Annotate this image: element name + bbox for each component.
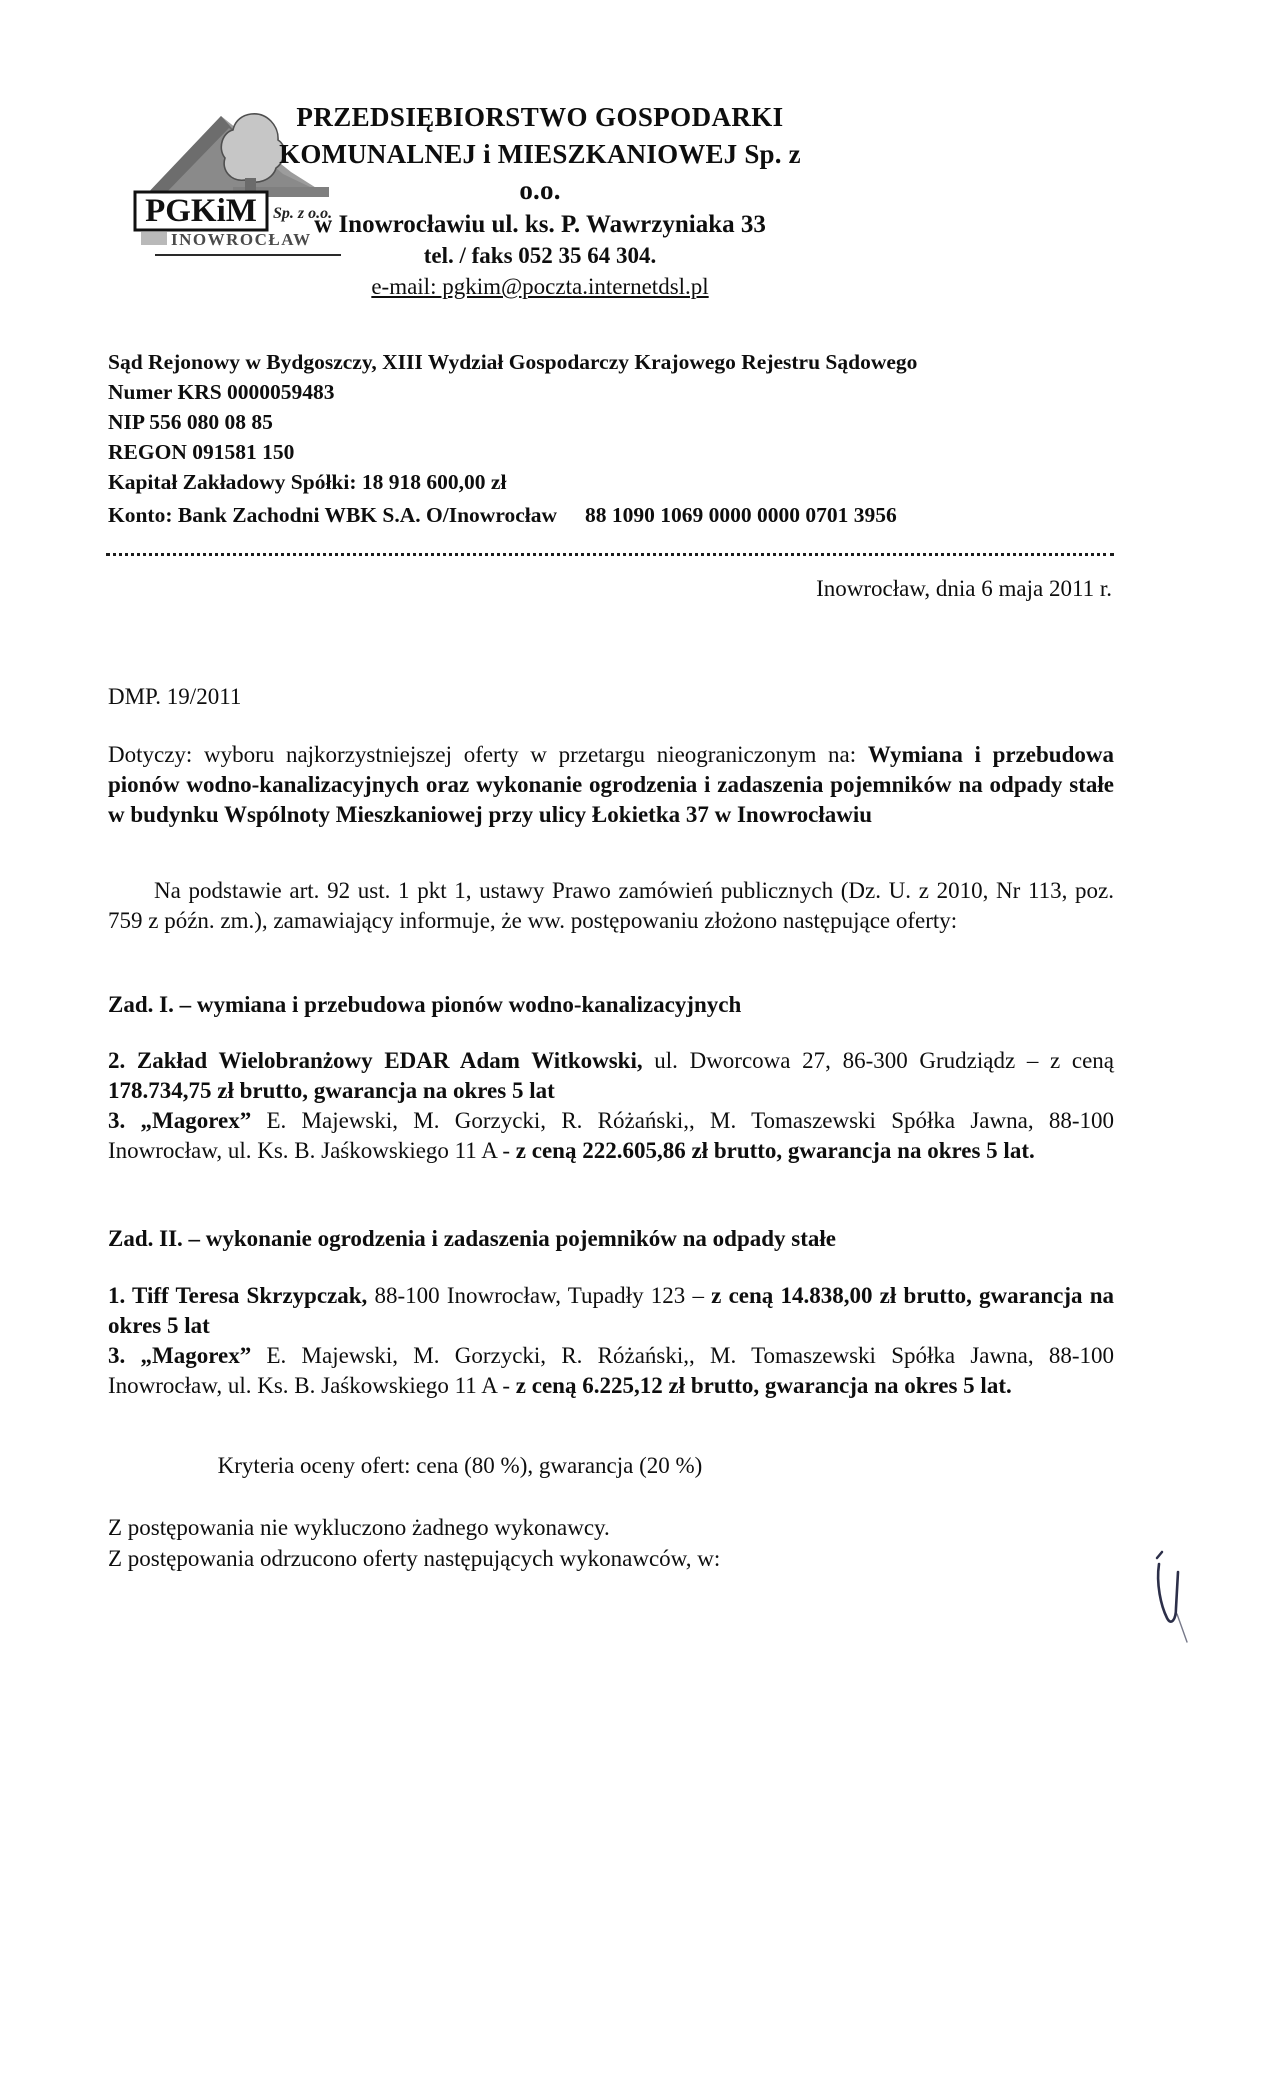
reference-number: DMP. 19/2011 [108, 684, 241, 710]
task1-offers: 2. Zakład Wielobranżowy EDAR Adam Witkow… [108, 1046, 1114, 1166]
registration-block: Sąd Rejonowy w Bydgoszczy, XIII Wydział … [108, 347, 1118, 530]
company-address: w Inowrocławiu ul. ks. P. Wawrzyniaka 33 [260, 208, 820, 241]
court-register-line: Sąd Rejonowy w Bydgoszczy, XIII Wydział … [108, 347, 1118, 377]
date-line: Inowrocław, dnia 6 maja 2011 r. [108, 576, 1112, 602]
regon-number-line: REGON 091581 150 [108, 437, 1118, 467]
pen-stroke-icon [1150, 1548, 1198, 1648]
offer-entry: 2. Zakład Wielobranżowy EDAR Adam Witkow… [108, 1046, 1114, 1106]
offer-bidder: 3. „Magorex” [108, 1343, 251, 1368]
offer-entry: 3. „Magorex” E. Majewski, M. Gorzycki, R… [108, 1106, 1114, 1166]
subject-prefix: Dotyczy: wyboru najkorzystniejszej ofert… [108, 742, 868, 767]
company-name-line2: KOMUNALNEJ i MIESZKANIOWEJ Sp. z o.o. [260, 136, 820, 208]
logo-acronym-text: PGKiM [145, 193, 257, 229]
subject-paragraph: Dotyczy: wyboru najkorzystniejszej ofert… [108, 740, 1114, 830]
closing-statements: Z postępowania nie wykluczono żadnego wy… [108, 1512, 1114, 1574]
company-email: e-mail: pgkim@poczta.internetdsl.pl [260, 271, 820, 302]
handwritten-pen-mark [1150, 1548, 1198, 1653]
document-page: PGKiM Sp. z o.o. INOWROCŁAW PRZEDSIĘBIOR… [0, 0, 1275, 2100]
nip-number-line: NIP 556 080 08 85 [108, 407, 1118, 437]
bank-account-line: Konto: Bank Zachodni WBK S.A. O/Inowrocł… [108, 500, 1118, 530]
offer-bidder: 2. Zakład Wielobranżowy EDAR Adam Witkow… [108, 1048, 643, 1073]
no-exclusion-line: Z postępowania nie wykluczono żadnego wy… [108, 1512, 1114, 1543]
offer-bidder: 3. „Magorex” [108, 1108, 251, 1133]
rejected-offers-line: Z postępowania odrzucono oferty następuj… [108, 1543, 1114, 1574]
offer-price: z ceną 6.225,12 zł brutto, gwarancja na … [516, 1373, 1012, 1398]
bank-account-number: 88 1090 1069 0000 0000 0701 3956 [585, 503, 897, 527]
letterhead: PRZEDSIĘBIORSTWO GOSPODARKI KOMUNALNEJ i… [260, 99, 820, 302]
company-name-line1: PRZEDSIĘBIORSTWO GOSPODARKI [260, 99, 820, 136]
offer-price: z ceną 222.605,86 zł brutto, gwarancja n… [516, 1138, 1035, 1163]
offer-address: 88-100 Inowrocław, Tupadły 123 – [367, 1283, 711, 1308]
offer-price: 178.734,75 zł brutto, gwarancja na okres… [108, 1078, 555, 1103]
share-capital-line: Kapitał Zakładowy Spółki: 18 918 600,00 … [108, 467, 1118, 497]
task2-heading: Zad. II. – wykonanie ogrodzenia i zadasz… [108, 1226, 1114, 1252]
task1-heading: Zad. I. – wymiana i przebudowa pionów wo… [108, 992, 1114, 1018]
dotted-separator [106, 553, 1114, 556]
task2-offers: 1. Tiff Teresa Skrzypczak, 88-100 Inowro… [108, 1281, 1114, 1401]
company-phone: tel. / faks 052 35 64 304. [260, 241, 820, 271]
legal-basis-paragraph: Na podstawie art. 92 ust. 1 pkt 1, ustaw… [108, 876, 1114, 936]
offer-entry: 3. „Magorex” E. Majewski, M. Gorzycki, R… [108, 1341, 1114, 1401]
offer-address: ul. Dworcowa 27, 86-300 Grudziądz – z ce… [643, 1048, 1114, 1073]
krs-number-line: Numer KRS 0000059483 [108, 377, 1118, 407]
bank-account-label: Konto: Bank Zachodni WBK S.A. O/Inowrocł… [108, 503, 557, 527]
evaluation-criteria: Kryteria oceny ofert: cena (80 %), gwara… [108, 1453, 812, 1479]
offer-entry: 1. Tiff Teresa Skrzypczak, 88-100 Inowro… [108, 1281, 1114, 1341]
offer-bidder: 1. Tiff Teresa Skrzypczak, [108, 1283, 367, 1308]
